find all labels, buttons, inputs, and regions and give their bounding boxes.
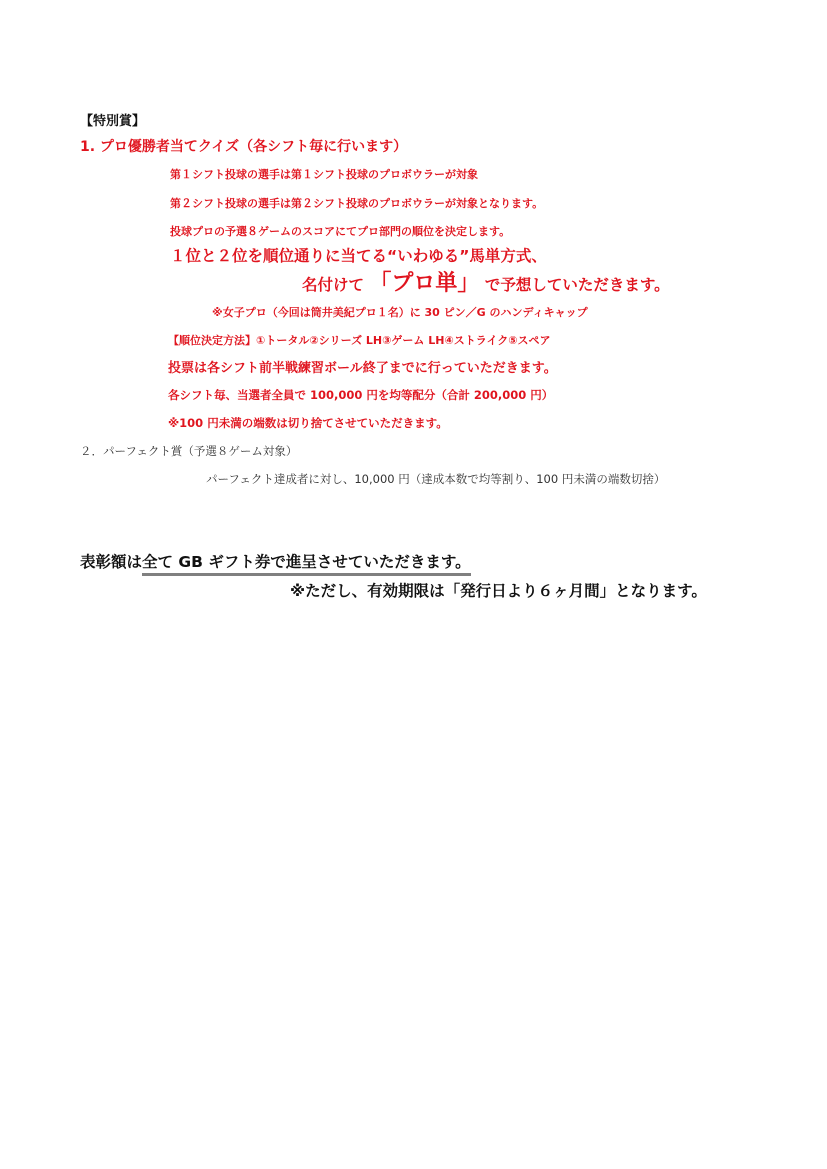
- section-header: 【特別賞】: [80, 115, 145, 128]
- item1-ranking-method: 【順位決定方法】①トータル②シリーズ LH③ゲーム LH④ストライク⑤スペア: [168, 335, 551, 346]
- award-statement: 表彰額は全て GB ギフト券で進呈させていただきます。: [80, 555, 471, 571]
- item2-title: ２．パーフェクト賞（予選８ゲーム対象）: [80, 446, 297, 458]
- item1-prize-distribution: 各シフト毎、当選者全員で 100,000 円を均等配分（合計 200,000 円…: [168, 390, 553, 402]
- award-underlined-text: 全て GB ギフト券で進呈させていただきます。: [142, 553, 471, 576]
- item1-handicap-note: ※女子プロ（今回は筒井美紀プロ１名）に 30 ピン／G のハンディキャップ: [212, 307, 588, 318]
- item1-voting-deadline: 投票は各シフト前半戦練習ボール終了までに行っていただきます。: [168, 362, 557, 375]
- item2-detail: パーフェクト達成者に対し、10,000 円（達成本数で均等割り、100 円未満の…: [206, 474, 665, 486]
- item1-line-ranking-basis: 投球プロの予選８ゲームのスコアにてプロ部門の順位を決定します。: [170, 226, 510, 237]
- validity-note: ※ただし、有効期限は「発行日より６ヶ月間」となります。: [290, 584, 707, 600]
- item1-naming-line: 名付けて 「プロ単」 で予想していただきます。: [302, 273, 670, 295]
- naming-suffix: で予想していただきます。: [485, 276, 670, 294]
- item1-line-exacta: １位と２位を順位通りに当てる“いわゆる”馬単方式、: [170, 249, 547, 265]
- item1-line-shift2: 第２シフト投球の選手は第２シフト投球のプロボウラーが対象となります。: [170, 198, 543, 209]
- award-prefix: 表彰額は: [80, 553, 142, 571]
- naming-prefix: 名付けて: [302, 276, 364, 294]
- item1-line-shift1: 第１シフト投球の選手は第１シフト投球のプロボウラーが対象: [170, 169, 478, 180]
- naming-emphasis: 「プロ単」: [369, 271, 479, 296]
- item1-rounding-note: ※100 円未満の端数は切り捨てさせていただきます。: [168, 418, 448, 430]
- item1-title: 1. プロ優勝者当てクイズ（各シフト毎に行います）: [80, 140, 407, 154]
